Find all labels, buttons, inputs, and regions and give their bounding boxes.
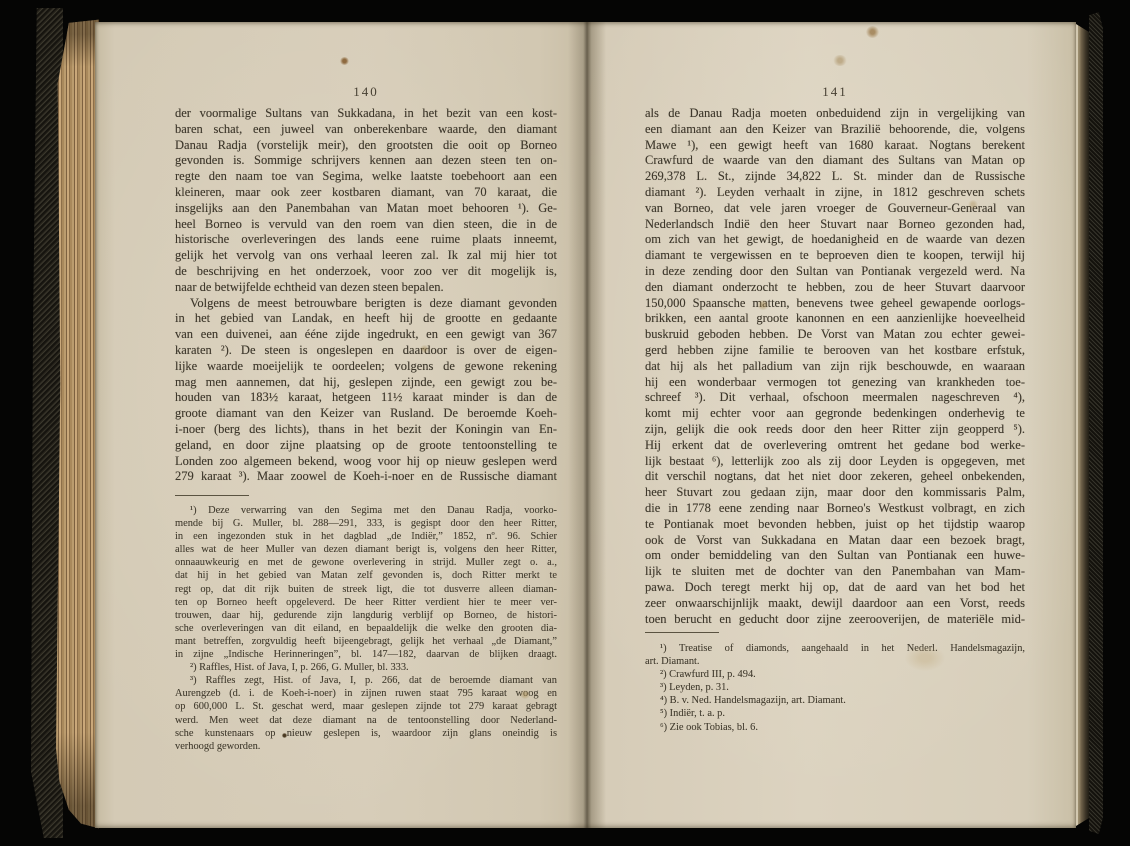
text-line: een diamant aan den Keizer van Brazilië …: [645, 122, 1025, 138]
text-line: om zich van het gewigt, de hoedanigheid …: [645, 232, 1025, 248]
text-line: dat hij als het palladium van zijn rijk …: [645, 359, 1025, 375]
text-line: Danau Radja (vorstelijk meir), den groot…: [175, 138, 557, 154]
text-line: brikken, een aantal groote kanonnen en e…: [645, 311, 1025, 327]
right-footnote-1: ¹) Treatise of diamonds, aangehaald in h…: [645, 642, 1025, 668]
right-footnote-5: ⁵) Indiër, t. a. p.: [645, 707, 1025, 720]
page-edge-stack-left: [56, 18, 99, 830]
text-line: historische overleveringen des lands een…: [175, 232, 557, 248]
text-line: Mawe ¹), een gewigt heeft van 1680 karaa…: [645, 138, 1025, 154]
text-line: gerd hebben zijne familie te berooven va…: [645, 343, 1025, 359]
text-line: als de Danau Radja moeten onbeduidend zi…: [645, 106, 1025, 122]
text-line: in zijne „Indische Herinneringen”, bl. 1…: [175, 648, 557, 661]
text-line: insgelijks aan den Panembahan van Matan …: [175, 201, 557, 217]
text-line: verhoogd geworden.: [175, 740, 557, 753]
footnote-separator-left: [175, 495, 249, 496]
text-line: in een ingezonden stuk in het dagblad „d…: [175, 530, 557, 543]
text-line: op 600,000 L. St. geschat werd, maar ges…: [175, 700, 557, 713]
text-line: lijk bestaat ⁶), letterlijk zoo als zij …: [645, 454, 1025, 470]
text-line: van een duivenei, aan ééne zijde ingedru…: [175, 327, 557, 343]
text-line: regte den naam toe van Segima, welke laa…: [175, 169, 557, 185]
left-footnote-3: ³) Raffles zegt, Hist. of Java, I, p. 26…: [175, 674, 557, 753]
right-footnote-2: ²) Crawfurd III, p. 494.: [645, 668, 1025, 681]
text-line: Nederlandsch Indië den heer Stuvart naar…: [645, 217, 1025, 233]
text-line: pawa. Doch teregt merkt hij op, dat de a…: [645, 580, 1025, 596]
text-line: baren schat, een juweel van onberekenbar…: [175, 122, 557, 138]
text-line: gevonden is. Sommige schrijvers kennen a…: [175, 153, 557, 169]
text-line: te Pontianak moet bevonden hebben, juist…: [645, 517, 1025, 533]
text-line: diamant te vergewissen en te beproeven d…: [645, 248, 1025, 264]
left-footnote-2: ²) Raffles, Hist. of Java, I, p. 266, G.…: [175, 661, 557, 674]
text-line: den diamant onderzocht te hebben, zou de…: [645, 280, 1025, 296]
text-line: onnaauwkeurig en met de gewone overlever…: [175, 556, 557, 569]
text-line: ⁵) Indiër, t. a. p.: [645, 707, 1025, 720]
text-line: sche overleveringen van dit eiland, en b…: [175, 622, 557, 635]
text-line: geland, en door zijne plaatsing op de gr…: [175, 438, 557, 454]
text-line: in deze zending door den Sultan van Pont…: [645, 264, 1025, 280]
text-line: ⁴) B. v. Ned. Handelsmagazijn, art. Diam…: [645, 694, 1025, 707]
text-line: ⁶) Zie ook Tobias, bl. 6.: [645, 721, 1025, 734]
text-line: komt mij echter voor aan gegronde bedenk…: [645, 406, 1025, 422]
page-edge-right: [1076, 24, 1089, 826]
text-line: heel Borneo is vervuld van den roem van …: [175, 217, 557, 233]
text-line: ²) Raffles, Hist. of Java, I, p. 266, G.…: [175, 661, 557, 674]
text-line: i-noer (berg des lichts), thans in het b…: [175, 422, 557, 438]
text-line: die in 1778 eene zending naar Borneo's W…: [645, 501, 1025, 517]
text-line: ¹) Deze verwarring van den Segima met de…: [175, 504, 557, 517]
text-line: ten op Borneo heeft opgeleverd. De heer …: [175, 596, 557, 609]
right-page: 141 als de Danau Radja moeten onbeduiden…: [587, 22, 1076, 828]
text-line: alles wat de heer Muller van dezen diama…: [175, 543, 557, 556]
text-line: de beschrijving en het onderzoek, voor z…: [175, 264, 557, 280]
text-line: mant betreffen, zorgvuldig heeft bijeeng…: [175, 635, 557, 648]
text-line: schreef ³). Dit verhaal, ofschoon meerma…: [645, 390, 1025, 406]
text-line: ²) Crawfurd III, p. 494.: [645, 668, 1025, 681]
left-body-paragraph-2: Volgens de meest betrouwbare berigten is…: [175, 296, 557, 486]
text-line: mag men aannemen, dat hij, geslepen zijn…: [175, 375, 557, 391]
text-line: buskruid geboden hebben. De Vorst van Ma…: [645, 327, 1025, 343]
text-line: werd. Men weet dat deze diamant na de te…: [175, 714, 557, 727]
text-line: houden van 183½ karaat, hetgeen 11½ kara…: [175, 390, 557, 406]
text-line: art. Diamant.: [645, 655, 1025, 668]
text-line: heer Stuvart zou gedaan zijn, maar door …: [645, 485, 1025, 501]
text-line: dat hij in het gebied van Matan zelf gev…: [175, 569, 557, 582]
text-line: 150,000 Spaansche matten, benevens twee …: [645, 296, 1025, 312]
text-line: van Borneo, dat vele jaren vroeger de Go…: [645, 201, 1025, 217]
text-line: Crawfurd de waarde van den diamant des S…: [645, 153, 1025, 169]
left-body-paragraph-1: der voormalige Sultans van Sukkadana, in…: [175, 106, 557, 296]
text-line: zijn, gelijk die ook reeds door den heer…: [645, 422, 1025, 438]
text-line: Volgens de meest betrouwbare berigten is…: [175, 296, 557, 312]
book-scan-viewport: 140 der voormalige Sultans van Sukkadana…: [0, 0, 1130, 846]
text-line: ook de Vorst van Sukkadana en Matan daar…: [645, 533, 1025, 549]
text-line: der voormalige Sultans van Sukkadana, in…: [175, 106, 557, 122]
page-number-left: 140: [175, 84, 557, 100]
text-line: naar de betwijfelde echtheid van dezen s…: [175, 280, 557, 296]
text-line: in het gebied van Landak, en heeft hij d…: [175, 311, 557, 327]
text-line: trouwen, daar hij, gedurende zijn langdu…: [175, 609, 557, 622]
text-line: gelijk het vervolg van ons verhaal leere…: [175, 248, 557, 264]
text-line: dit verschil nogtans, dat het niet door …: [645, 469, 1025, 485]
right-footnote-3: ³) Leyden, p. 31.: [645, 681, 1025, 694]
right-body-paragraph-1: als de Danau Radja moeten onbeduidend zi…: [645, 106, 1025, 627]
left-page-footnotes: ¹) Deze verwarring van den Segima met de…: [175, 504, 557, 753]
text-line: mende bij G. Muller, bl. 288—291, 333, i…: [175, 517, 557, 530]
text-line: ³) Raffles zegt, Hist. of Java, I, p. 26…: [175, 674, 557, 687]
left-page: 140 der voormalige Sultans van Sukkadana…: [95, 22, 587, 828]
left-page-body: der voormalige Sultans van Sukkadana, in…: [175, 106, 557, 485]
left-footnote-1: ¹) Deze verwarring van den Segima met de…: [175, 504, 557, 661]
text-line: om onder bemiddeling van den Sultan van …: [645, 548, 1025, 564]
right-page-body: als de Danau Radja moeten onbeduidend zi…: [645, 106, 1025, 627]
text-line: Aurengzeb (d. i. de Koeh-i-noer) in zijn…: [175, 687, 557, 700]
text-line: diamant ²). Leyden verhaalt in zijne, in…: [645, 185, 1025, 201]
text-line: zeer onwaarschijnlijk maakt, dewijl daar…: [645, 596, 1025, 612]
text-line: ³) Leyden, p. 31.: [645, 681, 1025, 694]
right-footnote-6: ⁶) Zie ook Tobias, bl. 6.: [645, 721, 1025, 734]
text-line: lijk te sluiten met de dochter van den P…: [645, 564, 1025, 580]
book-cover-right: [1089, 12, 1103, 834]
footnote-separator-right: [645, 632, 719, 633]
text-line: toen berucht en geducht door zijne zeero…: [645, 612, 1025, 628]
page-number-right: 141: [645, 84, 1025, 100]
right-page-footnotes: ¹) Treatise of diamonds, aangehaald in h…: [645, 642, 1025, 734]
text-line: regt op, dat dit rijk buiten de streek l…: [175, 583, 557, 596]
text-line: 269,378 L. St., zijnde 34,822 L. St. min…: [645, 169, 1025, 185]
text-line: ¹) Treatise of diamonds, aangehaald in h…: [645, 642, 1025, 655]
text-line: Londen zoo algemeen bekend, woog voor hi…: [175, 454, 557, 470]
text-line: 279 karaat ³). Maar zoowel de Koeh-i-noe…: [175, 469, 557, 485]
text-line: karaten ²). De steen is ongeslepen en da…: [175, 343, 557, 359]
text-line: kleineren, maar ook zeer kostbaren diama…: [175, 185, 557, 201]
right-footnote-4: ⁴) B. v. Ned. Handelsmagazijn, art. Diam…: [645, 694, 1025, 707]
text-line: Hij erkent dat de overlevering omtrent h…: [645, 438, 1025, 454]
text-line: hij een wonderbaar vermogen tot genezing…: [645, 375, 1025, 391]
text-line: groote diamant van den Keizer van Ruslan…: [175, 406, 557, 422]
text-line: lijke waarde moeijelijk te oordeelen; vo…: [175, 359, 557, 375]
text-line: sche kunstenaars op nieuw geslepen is, w…: [175, 727, 557, 740]
